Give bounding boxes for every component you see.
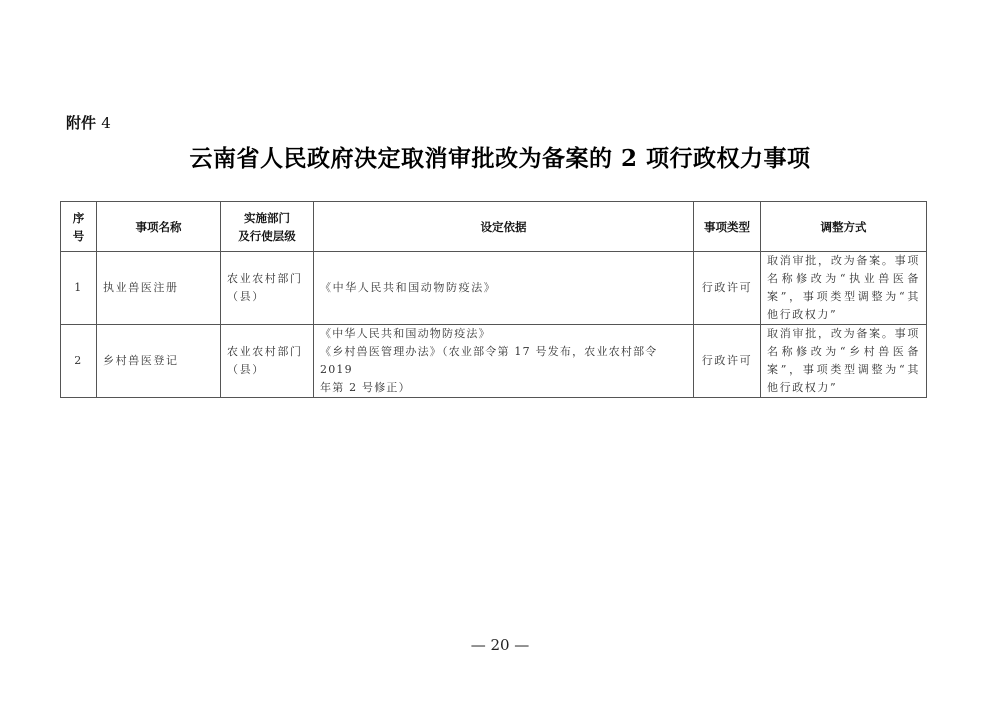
column-header-dept: 实施部门 及行使层级 [221,202,314,252]
column-header-seq: 序 号 [61,202,97,252]
column-header-name: 事项名称 [97,202,221,252]
cell-dept-line1: 农业农村部门 [227,270,307,288]
cell-dept: 农业农村部门 （县） [221,252,314,325]
cell-seq: 2 [61,325,97,398]
attachment-number: 4 [101,114,111,132]
page-number: — 20 — [0,636,1000,654]
cell-adjustment: 取消审批，改为备案。事项名称修改为“执业兽医备案”，事项类型调整为“其他行政权力… [761,252,927,325]
cell-dept-line2: （县） [227,288,307,306]
cell-dept-line1: 农业农村部门 [227,343,307,361]
table-row: 2 乡村兽医登记 农业农村部门 （县） 《中华人民共和国动物防疫法》 《乡村兽医… [61,325,927,398]
cell-basis: 《中华人民共和国动物防疫法》 [314,252,694,325]
cell-basis-line: 《乡村兽医管理办法》（农业部令第 17 号发布，农业农村部令 2019 [320,343,687,379]
column-header-type: 事项类型 [694,202,761,252]
column-header-adjustment: 调整方式 [761,202,927,252]
cell-basis-line: 年第 2 号修正） [320,379,687,397]
cell-type: 行政许可 [694,325,761,398]
column-header-dept-line2: 及行使层级 [227,227,307,245]
cell-name: 乡村兽医登记 [97,325,221,398]
column-header-seq-line1: 序 [67,209,90,227]
cell-basis-line: 《中华人民共和国动物防疫法》 [320,325,687,343]
column-header-basis: 设定依据 [314,202,694,252]
column-header-seq-line2: 号 [67,227,90,245]
attachment-prefix: 附件 [66,114,96,132]
cell-dept: 农业农村部门 （县） [221,325,314,398]
cell-name: 执业兽医注册 [97,252,221,325]
attachment-label: 附件 4 [66,112,111,133]
table-row: 1 执业兽医注册 农业农村部门 （县） 《中华人民共和国动物防疫法》 行政许可 … [61,252,927,325]
document-title: 云南省人民政府决定取消审批改为备案的 2 项行政权力事项 [0,140,1000,173]
cell-type: 行政许可 [694,252,761,325]
administrative-matters-table: 序 号 事项名称 实施部门 及行使层级 设定依据 事项类型 调整方式 1 执业兽… [60,201,927,398]
cell-basis-line: 《中华人民共和国动物防疫法》 [320,279,687,297]
cell-dept-line2: （县） [227,361,307,379]
table-header-row: 序 号 事项名称 实施部门 及行使层级 设定依据 事项类型 调整方式 [61,202,927,252]
cell-adjustment: 取消审批，改为备案。事项名称修改为“乡村兽医备案”，事项类型调整为“其他行政权力… [761,325,927,398]
cell-seq: 1 [61,252,97,325]
column-header-dept-line1: 实施部门 [227,209,307,227]
cell-basis: 《中华人民共和国动物防疫法》 《乡村兽医管理办法》（农业部令第 17 号发布，农… [314,325,694,398]
